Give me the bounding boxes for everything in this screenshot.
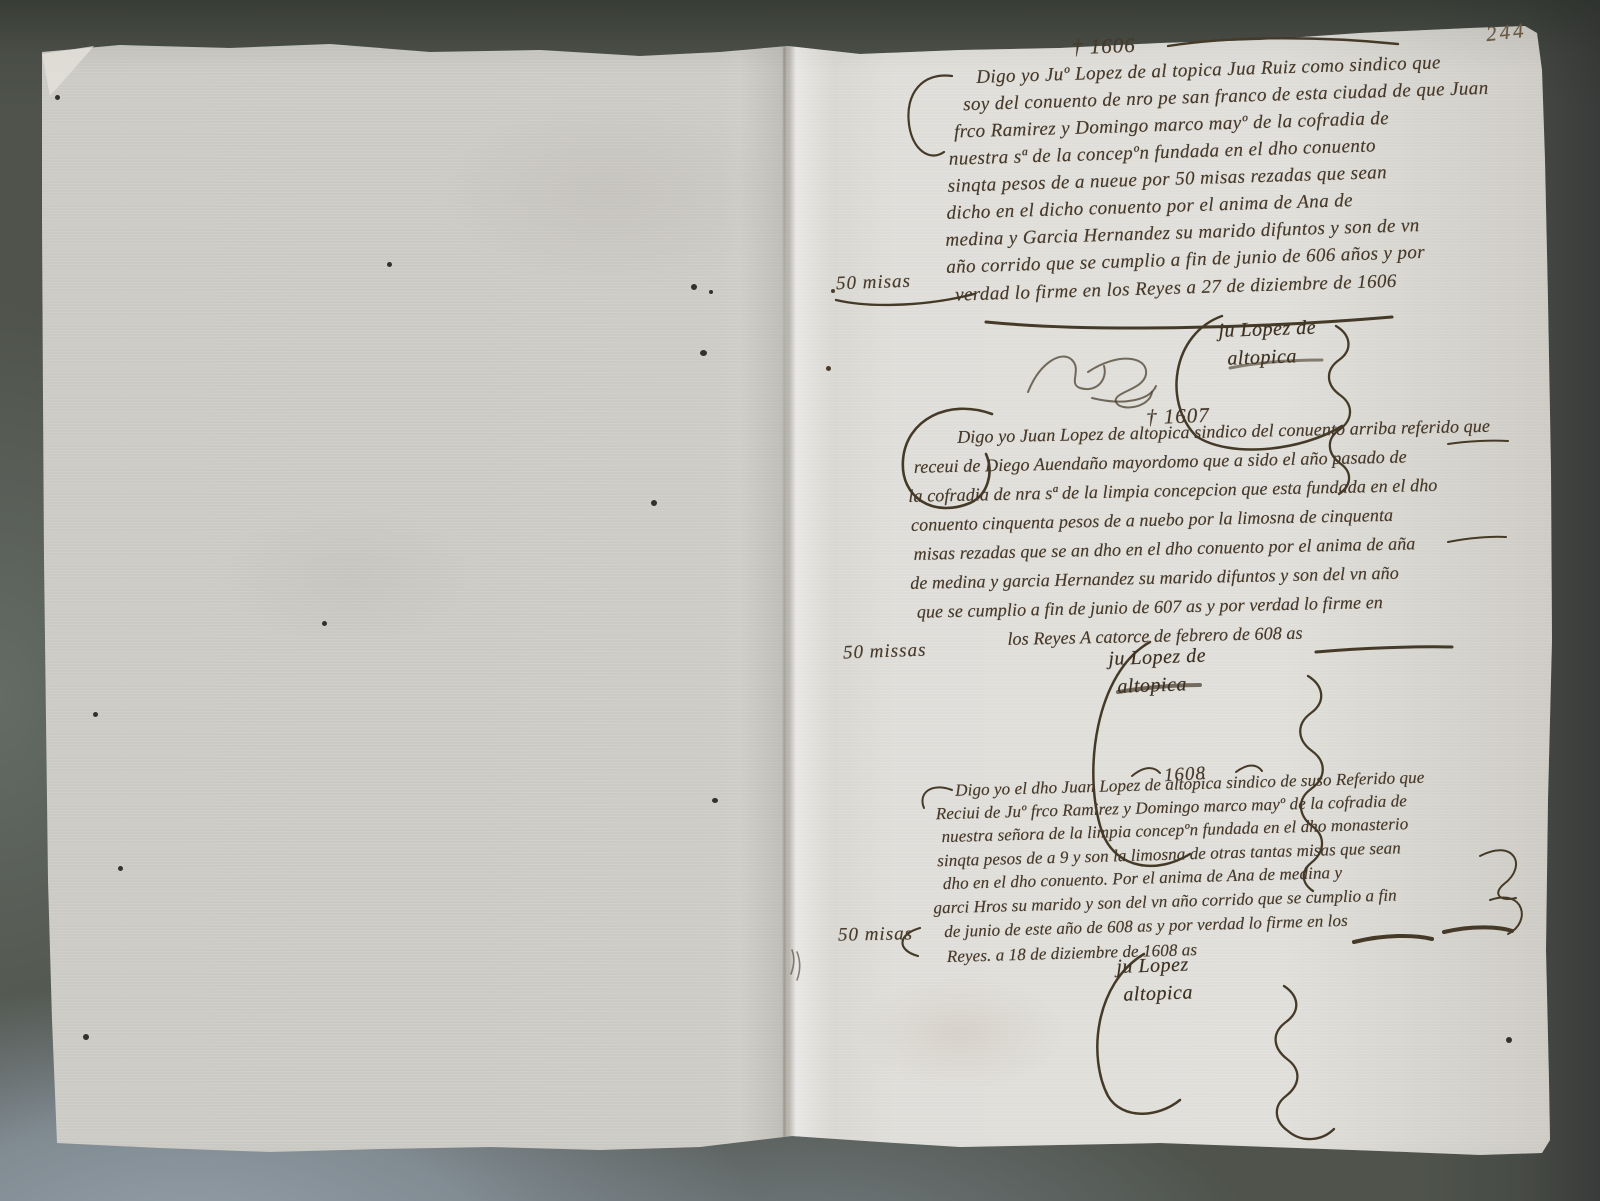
wormhole-dot (118, 866, 123, 871)
ink-speck (831, 289, 835, 293)
signature-line: ju Lopez (1116, 953, 1189, 979)
wormhole-dot (691, 284, 697, 290)
wormhole-dot (55, 95, 60, 100)
wormhole-dot (83, 1034, 89, 1040)
ink-speck (826, 366, 831, 371)
signature-line: altopica (1117, 673, 1187, 698)
wormhole-dot (1506, 1037, 1512, 1043)
signature-line: ju Lopez de (1218, 317, 1316, 343)
wormhole-dot (700, 350, 707, 356)
wormhole-dot (322, 621, 327, 626)
photo-backdrop: { "photo": { "page_number": "244" }, "co… (0, 0, 1600, 1201)
signature-line: altopica (1227, 345, 1297, 370)
entry-1606-year-heading: † 1606 (1072, 33, 1137, 60)
signature-line: altopica (1123, 981, 1193, 1006)
center-fold-crease (783, 47, 786, 1137)
wormhole-dot (387, 262, 392, 267)
signature-line: ju Lopez de (1108, 645, 1206, 671)
folio-number: 244 (1485, 18, 1528, 47)
wormhole-dot (651, 500, 657, 506)
marginal-note-50-missas-1607: 50 missas (843, 640, 927, 665)
marginal-note-50-misas-1606: 50 misas (836, 271, 912, 296)
wormhole-dot (712, 798, 718, 803)
wormhole-dot (93, 712, 98, 717)
marginal-note-50-misas-1608: 50 misas (838, 923, 913, 946)
wormhole-dot (709, 290, 713, 294)
